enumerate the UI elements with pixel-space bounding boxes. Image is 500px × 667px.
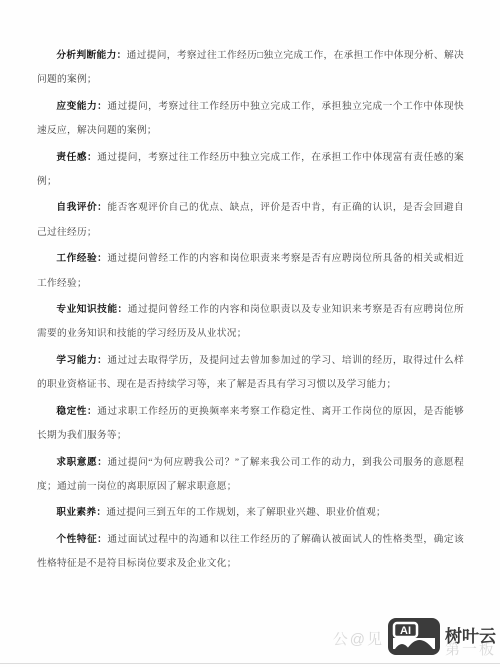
paragraph-label: 学习能力： bbox=[56, 355, 107, 366]
paragraph-label: 稳定性： bbox=[56, 406, 97, 417]
paragraph-label: 求职意愿： bbox=[56, 457, 107, 468]
watermark-faint-text-left: 公@见 bbox=[333, 628, 384, 649]
paragraph: 分析判断能力：通过提问，考察过往工作经历□独立完成工作，在承担工作中体现分析、解… bbox=[37, 44, 464, 93]
paragraph: 应变能力：通过提问，考察过往工作经历中独立完成工作，承担独立完成一个工作中体现快… bbox=[37, 95, 464, 144]
document-body: 分析判断能力：通过提问，考察过往工作经历□独立完成工作，在承担工作中体现分析、解… bbox=[37, 44, 464, 579]
paragraph-text: 通过提问三到五年的工作规划，来了解职业兴趣、职业价值观； bbox=[106, 507, 386, 518]
paragraph-text: 通过提问，考察过往工作经历中独立完成工作，在承担工作中体现富有责任感的案例； bbox=[37, 152, 464, 187]
paragraph-label: 个性特征： bbox=[56, 534, 107, 545]
document-page: 分析判断能力：通过提问，考察过往工作经历□独立完成工作，在承担工作中体现分析、解… bbox=[0, 0, 500, 667]
paragraph: 求职意愿：通过提问“为何应聘我公司？”了解来我公司工作的动力，到我公司服务的意愿… bbox=[37, 451, 464, 500]
ai-image-logo-icon: AI bbox=[388, 618, 440, 655]
paragraph: 专业知识技能：通过提问曾经工作的内容和岗位职责以及专业知识来考察是否有应聘岗位所… bbox=[37, 298, 464, 347]
paragraph: 职业素养：通过提问三到五年的工作规划，来了解职业兴趣、职业价值观； bbox=[37, 501, 464, 525]
paragraph-text: 通过求职工作经历的更换频率来考察工作稳定性、离开工作岗位的原因，是否能够长期为我… bbox=[37, 406, 464, 441]
paragraph-label: 专业知识技能： bbox=[56, 304, 127, 315]
paragraph: 个性特征：通过面试过程中的沟通和以往工作经历的了解确认被面试人的性格类型，确定该… bbox=[37, 528, 464, 577]
paragraph: 稳定性：通过求职工作经历的更换频率来考察工作稳定性、离开工作岗位的原因，是否能够… bbox=[37, 400, 464, 449]
paragraph-label: 应变能力： bbox=[56, 101, 107, 112]
paragraph: 工作经验：通过提问曾经工作的内容和岗位职责来考察是否有应聘岗位所具备的相关或相近… bbox=[37, 247, 464, 296]
watermark-brand-name: 树叶云 bbox=[445, 628, 496, 645]
logo-ai-text: AI bbox=[400, 625, 411, 637]
paragraph-label: 工作经验： bbox=[56, 253, 107, 264]
paragraph: 自我评价：能否客观评价自己的优点、缺点，评价是否中肯，有正确的认识，是否会回避自… bbox=[37, 196, 464, 245]
watermark-logo-row: AI 树叶云 bbox=[388, 618, 496, 655]
page-bottom-divider bbox=[0, 663, 500, 664]
paragraph: 学习能力：通过过去取得学历，及提问过去曾加参加过的学习、培训的经历，取得过什么样… bbox=[37, 349, 464, 398]
paragraph-label: 职业素养： bbox=[56, 507, 106, 518]
paragraph: 责任感：通过提问，考察过往工作经历中独立完成工作，在承担工作中体现富有责任感的案… bbox=[37, 146, 464, 195]
watermark: 公@见 第一板 AI 树叶云 bbox=[326, 611, 496, 655]
paragraph-label: 分析判断能力： bbox=[56, 50, 126, 61]
paragraph-label: 责任感： bbox=[56, 152, 97, 163]
paragraph-label: 自我评价： bbox=[56, 202, 107, 213]
